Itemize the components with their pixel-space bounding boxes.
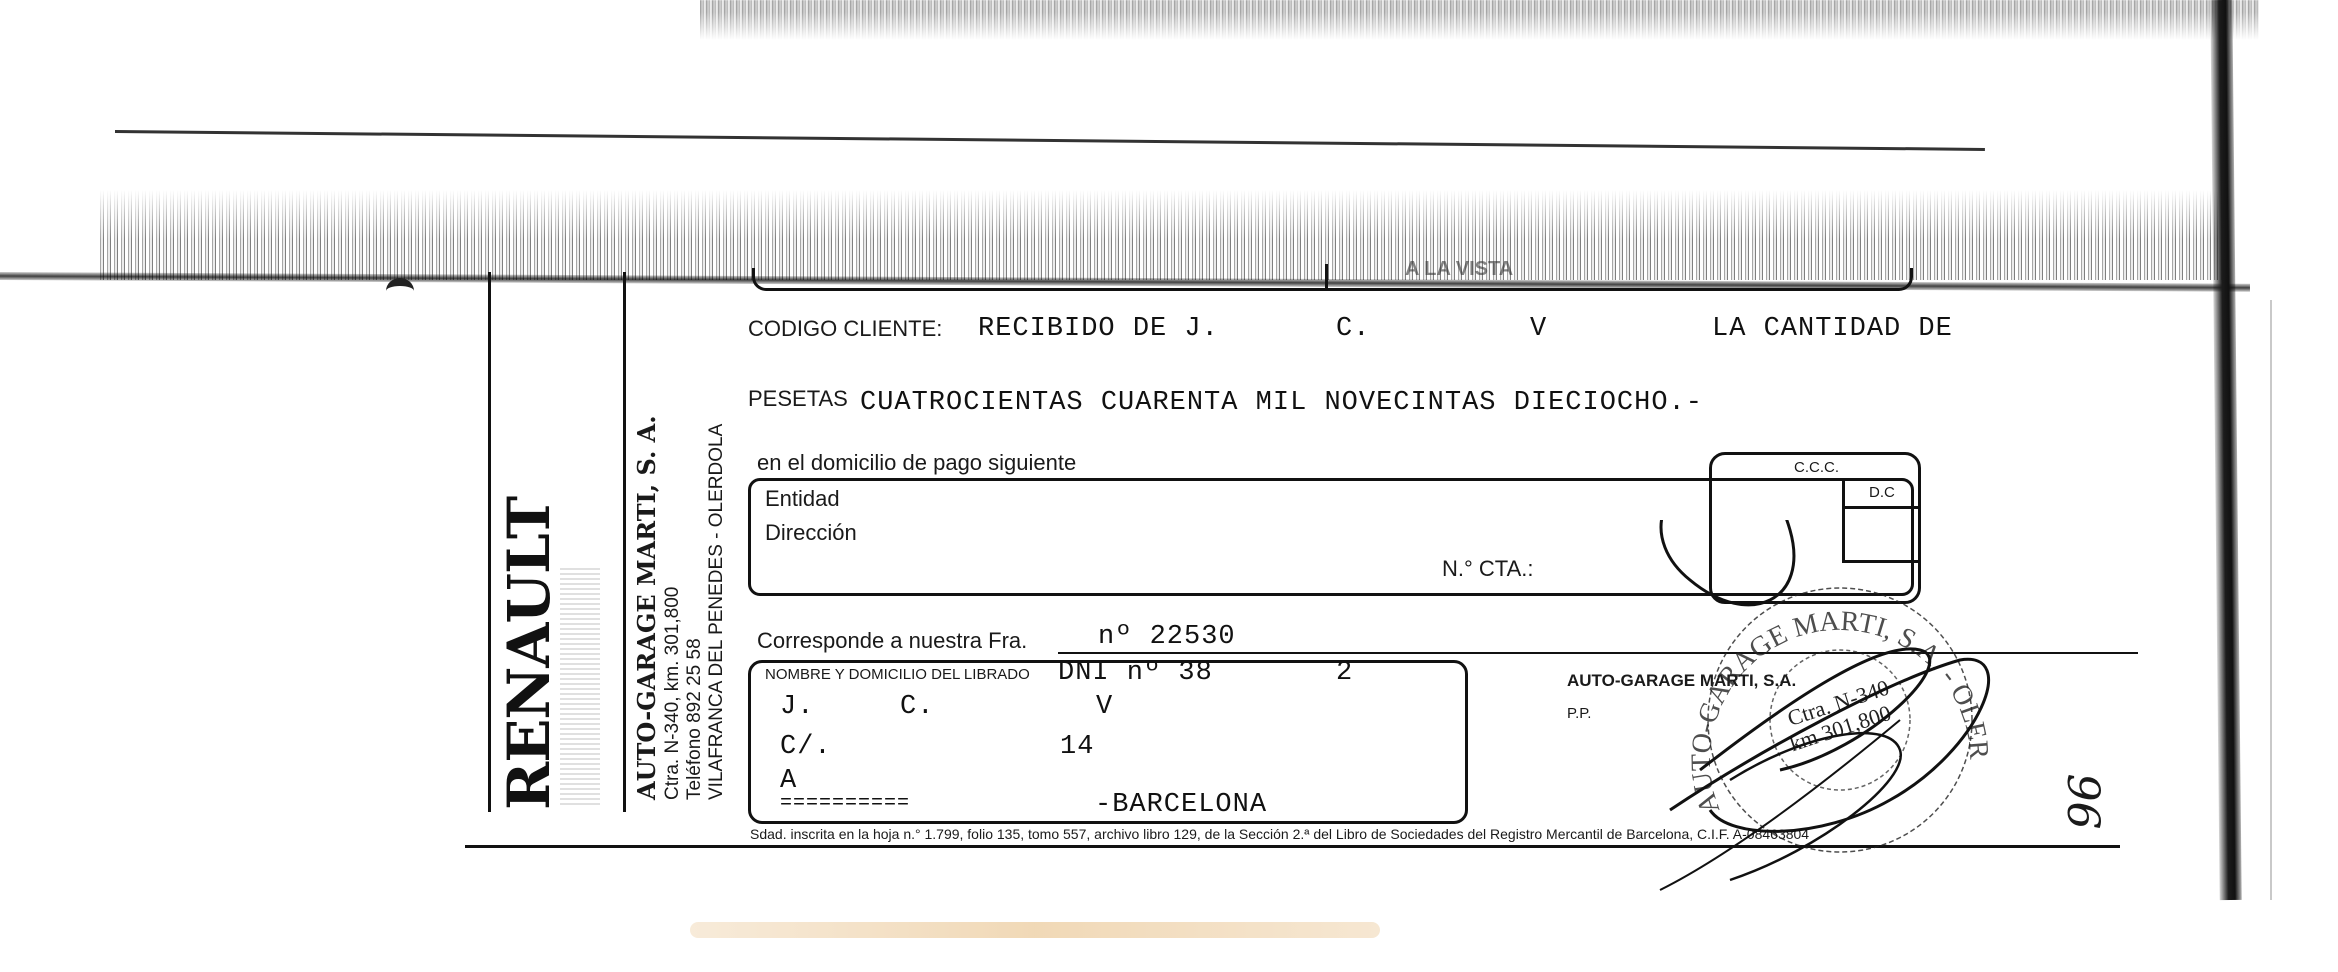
received-from-text: RECIBIDO DE J.	[978, 314, 1219, 344]
issuer-city: VILAFRANCA DEL PENEDES - OLERDOLA	[706, 424, 728, 800]
amount-intro-text: LA CANTIDAD DE	[1712, 314, 1953, 344]
signature-company: AUTO-GARAGE MARTI, S.A.	[1567, 671, 1796, 691]
header-box: A LA VISTA	[752, 268, 1913, 291]
payment-domicile-title: en el domicilio de pago siguiente	[757, 450, 1076, 476]
client-code-label: CODIGO CLIENTE:	[748, 316, 942, 342]
issuer-phone: Teléfono 892 25 58	[684, 638, 706, 800]
dc-box: D.C	[1842, 480, 1918, 563]
address-label: Dirección	[765, 520, 857, 546]
issuer-name: AUTO-GARAGE MARTI, S. A.	[632, 415, 661, 800]
scan-line	[115, 130, 1985, 151]
handwritten-note: 96	[2061, 774, 2112, 830]
drawee-province: -BARCELONA	[1095, 790, 1267, 820]
brand-logo: RENAULT	[495, 497, 563, 810]
scan-noise-top	[700, 0, 2260, 40]
dc-label: D.C	[1869, 484, 1895, 501]
left-border-line	[488, 272, 491, 812]
strip-divider-line	[623, 272, 626, 812]
ccc-label: C.C.C.	[1794, 459, 1839, 476]
entity-label: Entidad	[765, 486, 840, 512]
page-edge-faint	[2270, 300, 2272, 900]
drawee-underline-marks: ==========	[780, 792, 910, 815]
stamp-center-line-1: Ctra. N-340	[1784, 675, 1892, 731]
account-number-label: N.° CTA.:	[1442, 556, 1534, 582]
invoice-underline	[1058, 652, 2138, 654]
header-right-text: A LA VISTA	[1405, 258, 1513, 281]
drawee-street-number: 14	[1060, 732, 1094, 762]
issuer-address: Ctra. N-340, km. 301,800	[662, 587, 684, 800]
drawee-dni: DNI nº 38	[1058, 658, 1213, 688]
drawee-street-prefix: C/.	[780, 732, 832, 762]
received-name-initial-2: C.	[1336, 314, 1370, 344]
halftone-strip	[560, 565, 600, 805]
stamp-center-line-2: km 301,800	[1786, 700, 1894, 756]
drawee-name-2: C.	[900, 692, 934, 722]
header-box-divider	[1325, 264, 1328, 288]
paper-stain	[690, 922, 1380, 938]
bottom-rule	[465, 845, 2120, 848]
dc-divider	[1845, 506, 1918, 509]
punch-mark	[386, 278, 414, 304]
registry-footer: Sdad. inscrita en la hoja n.° 1.799, fol…	[750, 826, 1809, 842]
pesetas-label: PESETAS	[748, 386, 848, 412]
scan-noise-band	[100, 190, 2230, 280]
signature-pp: P.P.	[1567, 705, 1591, 722]
drawee-name-3: V	[1096, 692, 1113, 722]
invoice-label: Corresponde a nuestra Fra.	[757, 628, 1027, 654]
page-edge-shadow	[2210, 0, 2241, 900]
drawee-dni-tail: 2	[1336, 658, 1353, 688]
invoice-number: nº 22530	[1098, 622, 1236, 652]
ccc-box: C.C.C. D.C	[1709, 452, 1921, 604]
drawee-name-1: J.	[780, 692, 814, 722]
amount-in-words: CUATROCIENTAS CUARENTA MIL NOVECINTAS DI…	[860, 388, 1703, 418]
received-name-initial-3: V	[1530, 314, 1547, 344]
drawee-label: NOMBRE Y DOMICILIO DEL LIBRADO	[765, 666, 1030, 683]
